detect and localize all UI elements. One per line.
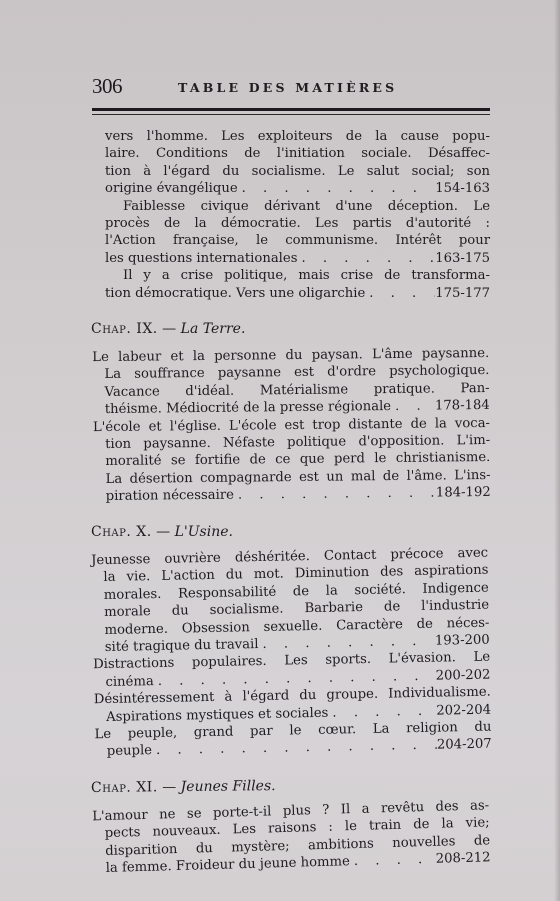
toc-line-text: peuple — [107, 743, 153, 761]
toc-line-text: théisme. Médiocrité de la presse régiona… — [105, 398, 391, 418]
toc-line-with-pages: origine évangélique . . . . . . . . . . … — [105, 180, 490, 197]
toc-line: laire. Conditions de l'initiation social… — [105, 145, 490, 162]
chapter-title: La Terre. — [181, 321, 246, 337]
chapter-label: Chap. XI. — [91, 779, 158, 796]
toc-line: l'Action française, le communisme. Intér… — [105, 232, 490, 249]
toc-line-text: cinéma — [105, 673, 154, 691]
chapter-x-entries: Jeunesse ouvrière déshéritée. Contact pr… — [103, 545, 492, 761]
toc-line-text: tion démocratique. Vers une oligarchie — [105, 285, 365, 302]
page-range: 184-192 — [436, 484, 491, 502]
toc-line-text: origine évangélique — [105, 180, 238, 197]
page-range: 202-204 — [436, 702, 491, 720]
leader-dots: . . . . . . . . . . . . . . . . . . . . … — [152, 737, 437, 760]
toc-line-text: piration nécessaire — [106, 487, 234, 506]
leader-dots: . . . . . . . . . . . . . . . . . . . . … — [234, 485, 436, 505]
page-range: 163-175 — [435, 250, 490, 267]
chapter-label: Chap. IX. — [91, 321, 158, 337]
chapter-heading-ix: Chap. IX. — La Terre. — [91, 320, 490, 338]
leader-dots: . . . . . . . . . . . . . . . . . . . . … — [391, 398, 435, 416]
toc-line-with-pages: les questions internationales . . . . . … — [105, 250, 490, 267]
leader-dots: . . . . . . . . . . . . . . . . . . . . … — [365, 285, 435, 302]
page-range: 208-212 — [436, 850, 491, 869]
chapter-xi-entries: L'amour ne se porte-t-il plus ? Il a rev… — [104, 797, 491, 877]
toc-line: Faiblesse civique dérivant d'une décepti… — [105, 198, 490, 215]
toc-continuation: vers l'homme. Les exploiteurs de la caus… — [105, 128, 490, 302]
page-range: 154-163 — [435, 180, 490, 197]
running-title: TABLE DES MATIÈRES — [178, 80, 397, 95]
page-edge-shadow — [554, 0, 560, 901]
chapter-dash: — — [152, 524, 175, 540]
toc-content: vers l'homme. Les exploiteurs de la caus… — [105, 128, 490, 878]
book-page: 306 TABLE DES MATIÈRES vers l'homme. Les… — [0, 0, 560, 901]
header-rule-thick — [92, 108, 490, 111]
page-header: 306 TABLE DES MATIÈRES — [92, 74, 490, 104]
toc-line: procès de la démocratie. Les partis d'au… — [105, 215, 490, 232]
page-range: 193-200 — [435, 632, 490, 650]
page-range: 178-184 — [435, 397, 490, 415]
chapter-heading-xi: Chap. XI. — Jeunes Filles. — [91, 775, 490, 797]
chapter-title: L'Usine. — [175, 524, 233, 540]
page-range: 204-207 — [437, 736, 492, 754]
toc-line: Il y a crise politique, mais crise de tr… — [105, 267, 490, 284]
chapter-dash: — — [158, 779, 181, 795]
toc-line: tion à l'égard du socialisme. Le salut s… — [105, 163, 490, 180]
page-number: 306 — [92, 74, 122, 99]
toc-line-with-pages: tion démocratique. Vers une oligarchie .… — [105, 285, 490, 302]
leader-dots: . . . . . . . . . . . . . . . . . . . . … — [350, 851, 436, 871]
leader-dots: . . . . . . . . . . . . . . . . . . . . … — [297, 250, 435, 267]
chapter-heading-x: Chap. X. — L'Usine. — [91, 523, 490, 541]
page-range: 200-202 — [435, 667, 490, 685]
page-range: 175-177 — [435, 285, 490, 302]
chapter-label: Chap. X. — [91, 524, 152, 540]
header-rule-thin — [92, 114, 490, 115]
toc-line: vers l'homme. Les exploiteurs de la caus… — [105, 128, 490, 145]
toc-line-text: les questions internationales — [105, 250, 297, 267]
toc-line-with-pages: piration nécessaire . . . . . . . . . . … — [106, 484, 491, 505]
leader-dots: . . . . . . . . . . . . . . . . . . . . … — [238, 180, 436, 197]
chapter-title: Jeunes Filles. — [181, 778, 276, 795]
chapter-dash: — — [158, 321, 181, 337]
chapter-ix-entries: Le labeur et la personne du paysan. L'âm… — [104, 345, 491, 506]
